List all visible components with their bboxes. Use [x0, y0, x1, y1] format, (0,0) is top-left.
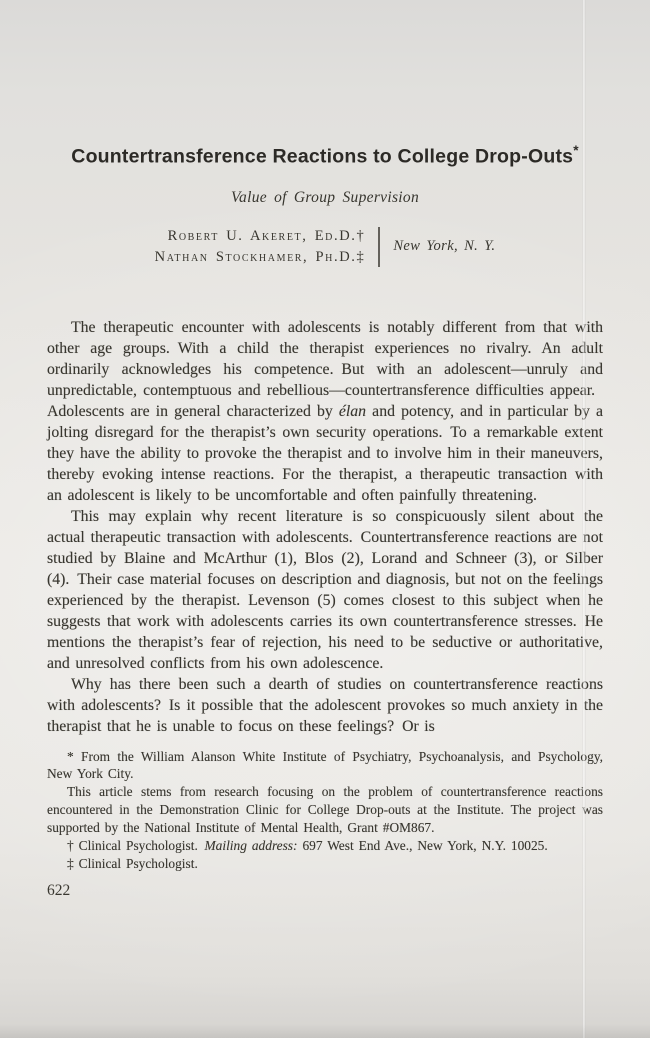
author-names: Robert U. Akeret, Ed.D.† Nathan Stockham…: [155, 226, 366, 268]
author-name-1: Robert U. Akeret, Ed.D.†: [155, 226, 366, 247]
footnotes-block: * From the William Alanson White Institu…: [47, 748, 603, 873]
page-number: 622: [47, 882, 603, 900]
author-location: New York, N. Y.: [393, 238, 495, 255]
paper-subtitle: Value of Group Supervision: [47, 188, 603, 208]
footnote-dagger: † Clinical Psychologist. Mailing address…: [47, 837, 603, 855]
author-name-2: Nathan Stockhamer, Ph.D.‡: [155, 247, 366, 268]
body-paragraph-3: Why has there been such a dearth of stud…: [47, 674, 603, 737]
footnote-double-dagger: ‡ Clinical Psychologist.: [47, 855, 603, 873]
byline-divider: [378, 227, 380, 267]
article-body: The therapeutic encounter with adolescen…: [47, 317, 603, 737]
author-block: Robert U. Akeret, Ed.D.† Nathan Stockham…: [47, 226, 603, 268]
footnote-article-note: This article stems from research focusin…: [47, 783, 603, 837]
body-paragraph-2: This may explain why recent literature i…: [47, 506, 603, 674]
body-paragraph-1: The therapeutic encounter with adolescen…: [47, 317, 603, 506]
footnote-asterisk: * From the William Alanson White Institu…: [47, 748, 603, 784]
scanned-paper-page: Countertransference Reactions to College…: [0, 0, 650, 1038]
paper-title: Countertransference Reactions to College…: [47, 139, 603, 169]
